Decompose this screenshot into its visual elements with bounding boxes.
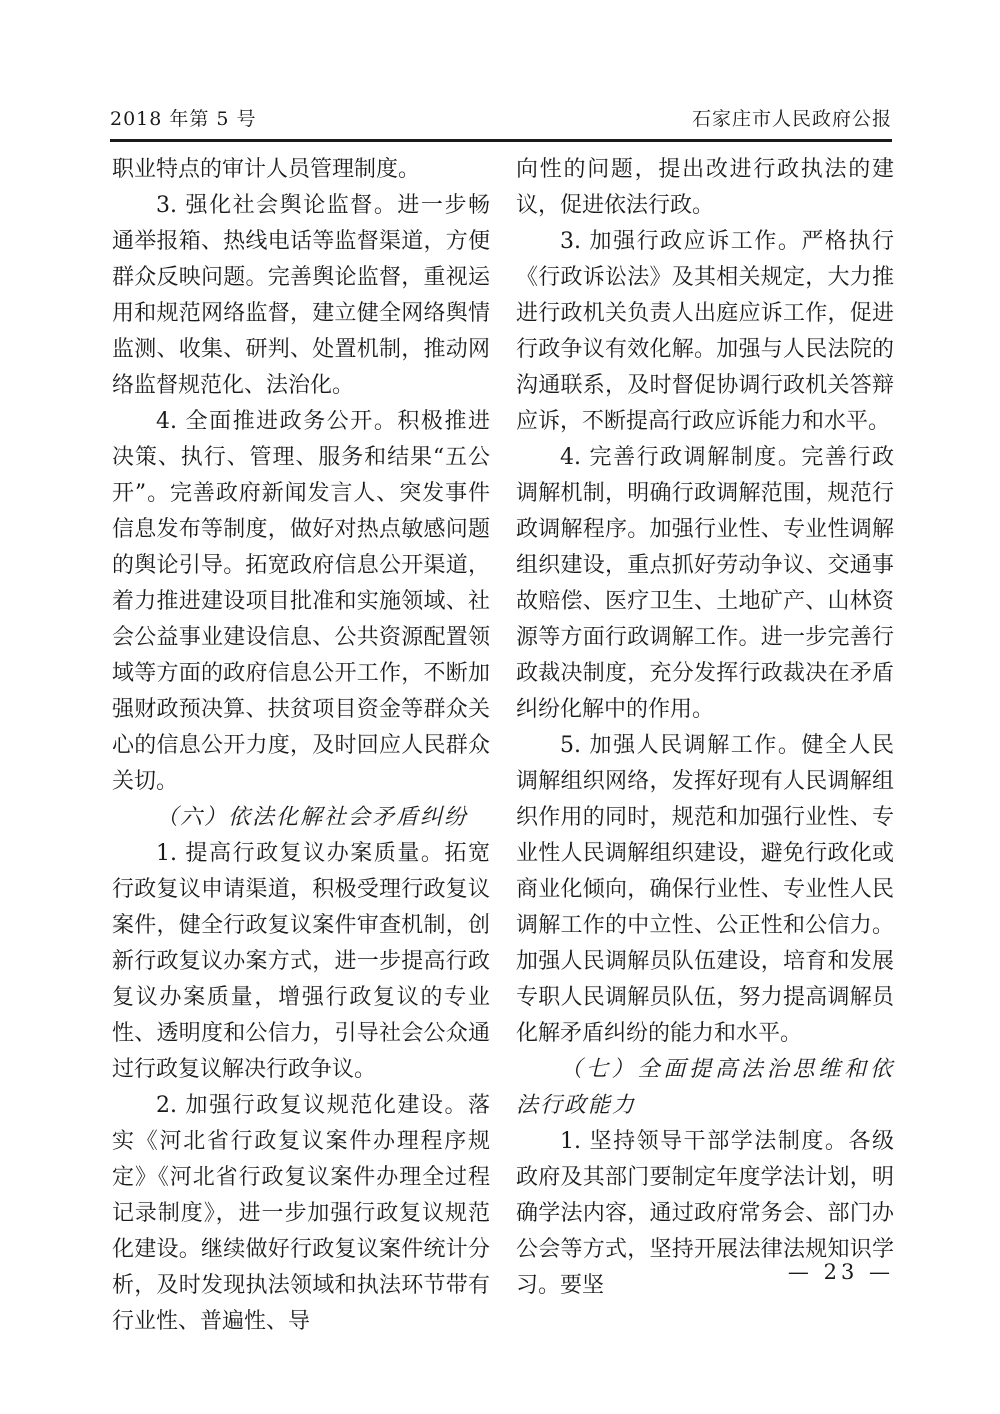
document-body: 职业特点的审计人员管理制度。 3. 强化社会舆论监督。进一步畅通举报箱、热线电话… bbox=[112, 152, 894, 1340]
paragraph: 2. 加强行政复议规范化建设。落实《河北省行政复议案件办理程序规定》《河北省行政… bbox=[112, 1088, 490, 1340]
right-column: 向性的问题，提出改进行政执法的建议，促进依法行政。 3. 加强行政应诉工作。严格… bbox=[516, 152, 894, 1340]
paragraph: 向性的问题，提出改进行政执法的建议，促进依法行政。 bbox=[516, 152, 894, 224]
paragraph: 3. 加强行政应诉工作。严格执行《行政诉讼法》及其相关规定，大力推进行政机关负责… bbox=[516, 224, 894, 440]
paragraph: 3. 强化社会舆论监督。进一步畅通举报箱、热线电话等监督渠道，方便群众反映问题。… bbox=[112, 188, 490, 404]
paragraph: 5. 加强人民调解工作。健全人民调解组织网络，发挥好现有人民调解组织作用的同时，… bbox=[516, 728, 894, 1052]
page-number: — 23 — bbox=[788, 1260, 894, 1284]
section-heading: （六）依法化解社会矛盾纠纷 bbox=[112, 800, 490, 836]
page-header: 2018 年第 5 号 石家庄市人民政府公报 bbox=[110, 104, 892, 142]
paragraph: 4. 完善行政调解制度。完善行政调解机制，明确行政调解范围，规范行政调解程序。加… bbox=[516, 440, 894, 728]
page-footer: — 23 — bbox=[112, 1260, 894, 1284]
paragraph: 1. 提高行政复议办案质量。拓宽行政复议申请渠道，积极受理行政复议案件，健全行政… bbox=[112, 836, 490, 1088]
gazette-page: 2018 年第 5 号 石家庄市人民政府公报 职业特点的审计人员管理制度。 3.… bbox=[0, 0, 1000, 1414]
gazette-title: 石家庄市人民政府公报 bbox=[692, 104, 892, 131]
left-column: 职业特点的审计人员管理制度。 3. 强化社会舆论监督。进一步畅通举报箱、热线电话… bbox=[112, 152, 490, 1340]
issue-number-label: 2018 年第 5 号 bbox=[110, 104, 257, 131]
paragraph: 4. 全面推进政务公开。积极推进决策、执行、管理、服务和结果“五公开”。完善政府… bbox=[112, 404, 490, 800]
section-heading: （七）全面提高法治思维和依法行政能力 bbox=[516, 1052, 894, 1124]
paragraph: 职业特点的审计人员管理制度。 bbox=[112, 152, 490, 188]
